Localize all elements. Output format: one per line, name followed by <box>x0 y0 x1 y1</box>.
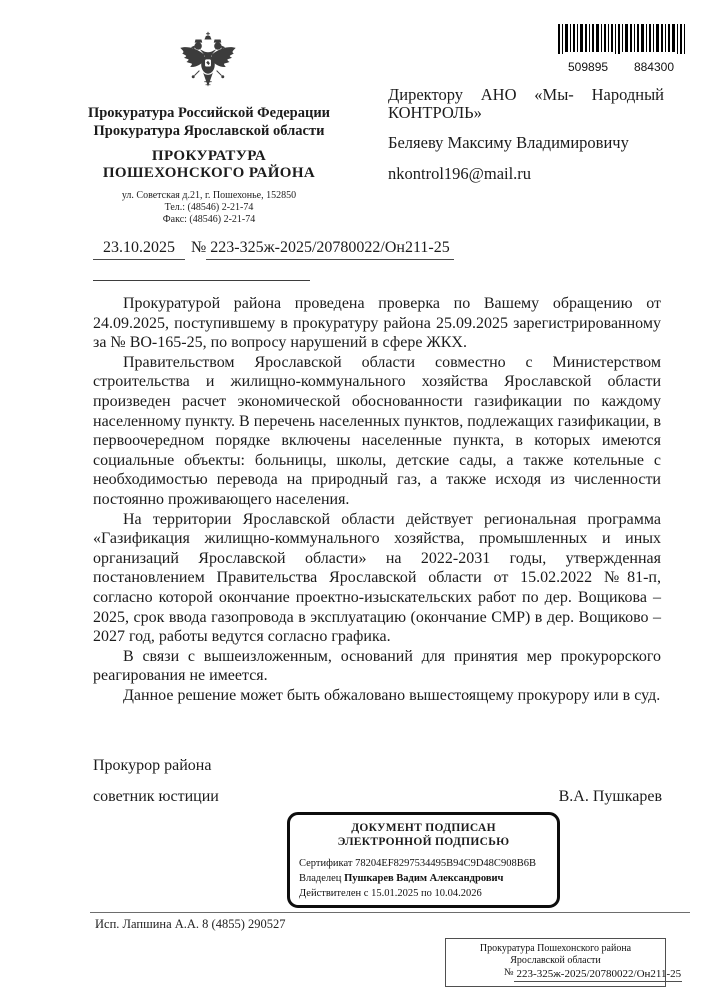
executor-info: Исп. Лапшина А.А. 8 (4855) 290527 <box>95 917 286 932</box>
registration-org-name: Прокуратура Пошехонского района Ярославс… <box>454 943 657 966</box>
stamp-title-line2: ЭЛЕКТРОННОЙ ПОДПИСЬЮ <box>299 836 548 850</box>
registration-number-row: №223-325ж-2025/20780022/Он211-25 <box>504 967 682 982</box>
stamp-certificate-row: Сертификат 78204EF8297534495B94C9D48C908… <box>299 856 557 871</box>
org-phone: Тел.: (48546) 2-21-74 <box>63 202 355 214</box>
body-paragraph: На территории Ярославской области действ… <box>93 510 661 647</box>
stamp-certificate-label: Сертификат <box>299 858 352 869</box>
barcode-right-digits: 884300 <box>634 60 674 74</box>
signer-position-line2: советник юстиции <box>93 788 219 806</box>
org-fax: Факс: (48546) 2-21-74 <box>63 214 355 226</box>
org-country-line: Прокуратура Российской Федерации <box>63 104 355 122</box>
org-name-line2: ПОШЕХОНСКОГО РАЙОНА <box>63 165 355 182</box>
addressee-block: Директору АНО «Мы- Народный КОНТРОЛЬ» Бе… <box>388 86 664 182</box>
document-page: 509895 884300 <box>0 0 710 999</box>
signer-position-line1: Прокурор района <box>93 757 211 775</box>
signer-name: В.А. Пушкарев <box>460 788 662 806</box>
registration-stamp-box: Прокуратура Пошехонского района Ярославс… <box>445 938 666 987</box>
stamp-owner-row: Владелец Пушкарев Вадим Александрович <box>299 871 557 886</box>
addressee-email: nkontrol196@mail.ru <box>388 165 664 183</box>
letter-body: Прокуратурой района проведена проверка п… <box>93 294 661 705</box>
addressee-organization: Директору АНО «Мы- Народный КОНТРОЛЬ» <box>388 86 664 121</box>
letterhead: Прокуратура Российской Федерации Прокура… <box>63 104 355 226</box>
barcode: 509895 884300 <box>556 24 688 74</box>
body-paragraph: В связи с вышеизложенным, оснований для … <box>93 647 661 686</box>
org-region-line: Прокуратура Ярославской области <box>63 122 355 140</box>
stamp-owner-value: Пушкарев Вадим Александрович <box>344 873 503 884</box>
coat-of-arms-icon <box>177 30 239 94</box>
body-paragraph: Данное решение может быть обжаловано выш… <box>93 686 661 706</box>
stamp-title-line1: ДОКУМЕНТ ПОДПИСАН <box>299 822 548 836</box>
org-address: ул. Советская д.21, г. Пошехонье, 152850 <box>63 190 355 202</box>
org-name-line1: ПРОКУРАТУРА <box>63 148 355 165</box>
footer-divider <box>90 912 690 913</box>
barcode-bars <box>556 24 688 54</box>
registration-number-sign: № <box>504 967 514 978</box>
barcode-left-digits: 509895 <box>568 60 608 74</box>
reference-line: 23.10.2025№223-325ж-2025/20780022/Он211-… <box>93 239 454 260</box>
document-date: 23.10.2025 <box>93 239 185 260</box>
number-sign: № <box>191 239 206 256</box>
stamp-owner-label: Владелец <box>299 873 341 884</box>
registration-number: 223-325ж-2025/20780022/Он211-25 <box>514 968 683 982</box>
stamp-validity-row: Действителен с 15.01.2025 по 10.04.2026 <box>299 886 557 901</box>
body-paragraph: Правительством Ярославской области совме… <box>93 353 661 510</box>
addressee-person: Беляеву Максиму Владимировичу <box>388 134 664 152</box>
body-paragraph: Прокуратурой района проведена проверка п… <box>93 294 661 353</box>
document-number: 223-325ж-2025/20780022/Он211-25 <box>206 239 453 260</box>
reply-reference-blank-line <box>93 280 310 281</box>
stamp-certificate-value: 78204EF8297534495B94C9D48C908B6B <box>355 858 536 869</box>
electronic-signature-stamp: ДОКУМЕНТ ПОДПИСАН ЭЛЕКТРОННОЙ ПОДПИСЬЮ С… <box>287 812 560 908</box>
barcode-digits: 509895 884300 <box>556 60 688 74</box>
